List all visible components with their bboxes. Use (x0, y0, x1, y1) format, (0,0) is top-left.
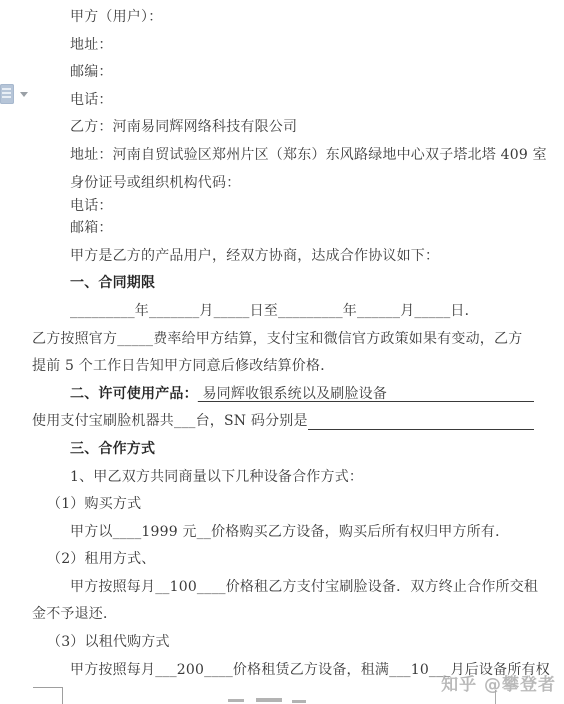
clipped-text-fragment (292, 700, 306, 703)
doc-line: 乙方：河南易同辉网络科技有限公司 (32, 114, 536, 142)
doc-text: （2）租用方式、 (47, 546, 156, 574)
doc-line: 乙方按照官方_____费率给甲方结算，支付宝和微信官方政策如果有变动，乙方 (32, 326, 536, 354)
doc-text: 乙方：河南易同辉网络科技有限公司 (70, 114, 297, 142)
doc-line: 提前 5 个工作日告知甲方同意后修改结算价格． (32, 353, 536, 381)
doc-text: （3）以租代购方式 (47, 629, 170, 657)
doc-text: 甲方以____1999 元__价格购买乙方设备，购买后所有权归甲方所有． (70, 519, 509, 547)
doc-text: 电话： (70, 197, 113, 215)
paste-options-button[interactable] (0, 84, 30, 106)
doc-line: （2）租用方式、 (32, 546, 536, 574)
underline-fill (308, 408, 536, 436)
doc-text: _________年_______月_____日至_________年_____… (70, 298, 479, 326)
doc-text: 甲方（用户）： (70, 4, 162, 32)
doc-line: 金不予退还． (32, 601, 536, 629)
doc-line: _________年_______月_____日至_________年_____… (32, 298, 536, 326)
doc-line: 一、合同期限 (32, 270, 536, 298)
doc-text: 乙方按照官方_____费率给甲方结算，支付宝和微信官方政策如果有变动，乙方 (32, 326, 522, 354)
doc-line: 三、合作方式 (32, 436, 536, 464)
doc-text: 一、合同期限 (70, 270, 155, 298)
clipped-text-fragment (228, 699, 244, 702)
doc-text: 二、许可使用产品： (70, 381, 198, 409)
doc-line: 邮编： (32, 59, 536, 87)
doc-text: 地址：河南自贸试验区郑州片区（郑东）东风路绿地中心双子塔北塔 409 室 (70, 142, 547, 170)
doc-line: （3）以租代购方式 (32, 629, 536, 657)
doc-line: 甲方是乙方的产品用户，经双方协商，达成合作协议如下： (32, 243, 536, 271)
doc-text: 甲方是乙方的产品用户，经双方协商，达成合作协议如下： (70, 243, 439, 271)
doc-text: 邮编： (70, 59, 113, 87)
doc-line: 邮箱： (32, 215, 536, 243)
doc-text: 三、合作方式 (70, 436, 155, 464)
page-boundary-mark-left (33, 687, 63, 704)
doc-text: 使用支付宝刷脸机器共___台，SN 码分别是 (32, 408, 308, 436)
doc-text: 提前 5 个工作日告知甲方同意后修改结算价格． (32, 353, 334, 381)
doc-text: 电话： (70, 87, 113, 115)
doc-line: 身份证号或组织机构代码： (32, 170, 536, 198)
underline-fill (387, 381, 536, 409)
doc-line: 电话： (32, 197, 536, 215)
paste-options-icon[interactable] (0, 84, 14, 104)
doc-line: 电话： (32, 87, 536, 115)
clipped-text-fragment (256, 698, 282, 702)
doc-text: 身份证号或组织机构代码： (70, 170, 240, 198)
doc-line: （1）购买方式 (32, 491, 536, 519)
doc-line: 地址： (32, 32, 536, 60)
doc-text: 邮箱： (70, 215, 113, 243)
doc-text: 金不予退还． (32, 601, 117, 629)
doc-line: 使用支付宝刷脸机器共___台，SN 码分别是 (32, 408, 536, 436)
document-page: 甲方（用户）：地址：邮编：电话：乙方：河南易同辉网络科技有限公司地址：河南自贸试… (0, 0, 564, 704)
doc-line: 地址：河南自贸试验区郑州片区（郑东）东风路绿地中心双子塔北塔 409 室 (32, 142, 536, 170)
doc-text: 1、甲乙双方共同商量以下几种设备合作方式： (70, 464, 363, 492)
chevron-down-icon[interactable] (20, 92, 28, 97)
doc-line: 甲方按照每月__100____价格租乙方支付宝刷脸设备．双方终止合作所交租 (32, 574, 536, 602)
doc-text: （1）购买方式 (47, 491, 141, 519)
document-body: 甲方（用户）：地址：邮编：电话：乙方：河南易同辉网络科技有限公司地址：河南自贸试… (32, 4, 536, 684)
doc-text: 地址： (70, 32, 113, 60)
doc-text: 易同辉收银系统以及刷脸设备 (198, 381, 387, 409)
doc-line: 甲方（用户）： (32, 4, 536, 32)
doc-line: 甲方以____1999 元__价格购买乙方设备，购买后所有权归甲方所有． (32, 519, 536, 547)
doc-line: 二、许可使用产品： 易同辉收银系统以及刷脸设备 (32, 381, 536, 409)
watermark: 知乎 @攀登者 (441, 670, 556, 695)
doc-text: 甲方按照每月__100____价格租乙方支付宝刷脸设备．双方终止合作所交租 (70, 574, 538, 602)
doc-line: 1、甲乙双方共同商量以下几种设备合作方式： (32, 464, 536, 492)
